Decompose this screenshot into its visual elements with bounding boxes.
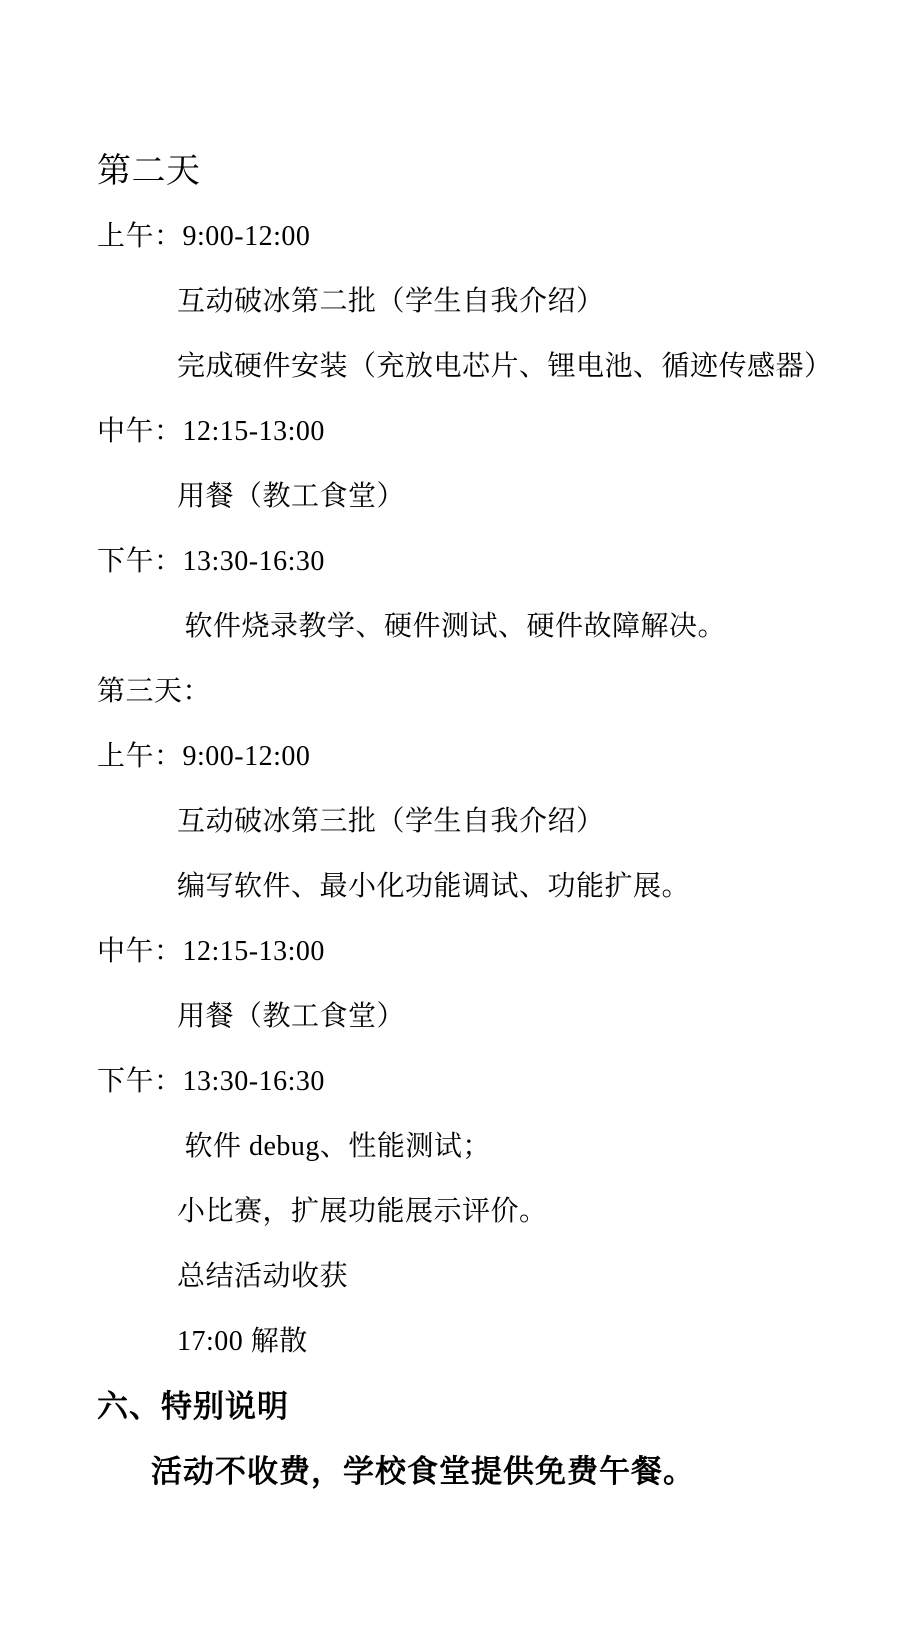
day3-afternoon-item-contest: 小比赛，扩展功能展示评价。 <box>97 1179 874 1244</box>
special-note-content: 活动不收费，学校食堂提供免费午餐。 <box>97 1439 874 1504</box>
day2-morning-time: 上午：9:00-12:00 <box>97 204 874 269</box>
day2-heading: 第二天 <box>97 139 874 204</box>
document-body: 第二天 上午：9:00-12:00 互动破冰第二批（学生自我介绍） 完成硬件安装… <box>0 0 914 1504</box>
day2-morning-item-hardware: 完成硬件安装（充放电芯片、锂电池、循迹传感器） <box>97 334 874 399</box>
day3-morning-item-coding: 编写软件、最小化功能调试、功能扩展。 <box>97 854 874 919</box>
document-page: 第二天 上午：9:00-12:00 互动破冰第二批（学生自我介绍） 完成硬件安装… <box>0 0 914 1625</box>
day3-afternoon-time: 下午：13:30-16:30 <box>97 1049 874 1114</box>
day2-noon-item-meal: 用餐（教工食堂） <box>97 464 874 529</box>
day3-heading: 第三天： <box>97 659 874 724</box>
day3-noon-item-meal: 用餐（教工食堂） <box>97 984 874 1049</box>
day3-afternoon-item-summary: 总结活动收获 <box>97 1244 874 1309</box>
day3-dismissal: 17:00 解散 <box>97 1309 874 1374</box>
day2-afternoon-time: 下午：13:30-16:30 <box>97 529 874 594</box>
day3-morning-time: 上午：9:00-12:00 <box>97 724 874 789</box>
day2-noon-time: 中午：12:15-13:00 <box>97 399 874 464</box>
day2-morning-item-icebreaker: 互动破冰第二批（学生自我介绍） <box>97 269 874 334</box>
day3-noon-time: 中午：12:15-13:00 <box>97 919 874 984</box>
day3-morning-item-icebreaker: 互动破冰第三批（学生自我介绍） <box>97 789 874 854</box>
day2-afternoon-item-software: 软件烧录教学、硬件测试、硬件故障解决。 <box>97 594 874 659</box>
day3-afternoon-item-debug: 软件 debug、性能测试； <box>97 1114 874 1179</box>
special-note-heading: 六、特别说明 <box>97 1374 874 1439</box>
